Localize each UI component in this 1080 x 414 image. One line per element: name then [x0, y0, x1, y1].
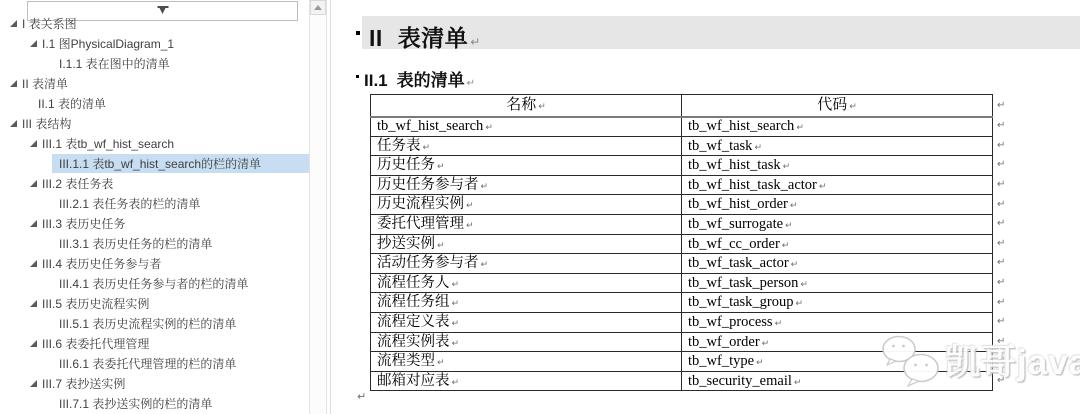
cell-text: 任务表 [377, 138, 421, 154]
table-row: 邮箱对应表↵tb_security_email↵ [371, 371, 993, 391]
expand-collapse-icon[interactable] [9, 20, 22, 28]
cell-end-mark: ↵ [437, 241, 445, 251]
nav-item[interactable]: II 表清单 [0, 74, 309, 93]
table-row: 历史任务↵tb_wf_hist_task↵ [371, 156, 993, 176]
table-code-cell[interactable]: tb_wf_hist_task↵ [682, 156, 993, 176]
nav-item-label: II.1 表的清单 [38, 95, 106, 112]
nav-item[interactable]: III.2 表任务表 [0, 174, 309, 193]
navigation-pane: I 表关系图I.1 图PhysicalDiagram_1I.1.1 表在图中的清… [0, 0, 330, 414]
paragraph-mark: ↵ [357, 390, 366, 403]
table-row: 委托代理管理↵tb_wf_surrogate↵ [371, 214, 993, 234]
column-header[interactable]: 代码↵ [682, 95, 993, 117]
nav-item-selected[interactable]: III.1.1 表tb_wf_hist_search的栏的清单 [0, 154, 309, 173]
table-code-cell[interactable]: tb_wf_hist_task_actor↵ [682, 175, 993, 195]
sidebar-scrollbar[interactable] [309, 0, 327, 414]
cell-text: 抄送实例 [377, 236, 435, 252]
cell-text: tb_wf_process [688, 314, 773, 330]
paragraph-mark: ↵ [467, 78, 475, 89]
nav-item-label: III.7.1 表抄送实例的栏的清单 [59, 395, 212, 412]
cell-text: tb_wf_task [688, 138, 752, 154]
row-end-mark: ↵ [997, 312, 1005, 332]
row-end-mark: ↵ [997, 351, 1005, 371]
cell-text: 流程任务人 [377, 275, 450, 291]
table-row: 流程任务组↵tb_wf_task_group↵ [371, 293, 993, 313]
table-code-cell[interactable]: tb_wf_task_person↵ [682, 273, 993, 293]
table-row: 流程定义表↵tb_wf_process↵ [371, 312, 993, 332]
cell-end-mark: ↵ [485, 123, 493, 133]
cell-text: tb_wf_order [688, 334, 760, 350]
column-header-label: 名称 [506, 97, 536, 113]
cell-end-mark: ↵ [794, 378, 802, 388]
row-end-mark: ↵ [997, 371, 1005, 391]
table-name-cell[interactable]: 抄送实例↵ [371, 234, 682, 254]
nav-item[interactable]: III.4 表历史任务参与者 [0, 254, 309, 273]
table-row: 抄送实例↵tb_wf_cc_order↵ [371, 234, 993, 254]
cell-text: 流程任务组 [377, 294, 450, 310]
nav-item-label: III.3.1 表历史任务的栏的清单 [59, 235, 212, 252]
expand-collapse-icon[interactable] [29, 380, 42, 388]
row-end-marks-gutter: ↵↵↵↵↵↵↵↵↵↵↵↵↵↵↵ [997, 94, 1005, 390]
table-code-cell[interactable]: tb_wf_hist_search↵ [682, 117, 993, 137]
cell-end-mark: ↵ [538, 102, 546, 112]
nav-item-label: II 表清单 [22, 75, 68, 92]
cell-end-mark: ↵ [849, 102, 857, 112]
heading1-bullet [356, 31, 360, 35]
heading1-title: 表清单 [398, 25, 469, 51]
row-end-mark: ↵ [997, 194, 1005, 214]
nav-item-label: III.1 表tb_wf_hist_search [42, 135, 174, 152]
nav-item[interactable]: II.1 表的清单 [0, 94, 309, 113]
cell-end-mark: ↵ [819, 182, 827, 192]
table-name-cell[interactable]: 委托代理管理↵ [371, 214, 682, 234]
nav-item-label: III.1.1 表tb_wf_hist_search的栏的清单 [59, 155, 261, 172]
table-section: 名称↵代码↵ tb_wf_hist_search↵tb_wf_hist_sear… [370, 94, 1005, 391]
cell-text: tb_wf_hist_task_actor [688, 177, 817, 193]
table-code-cell[interactable]: tb_wf_task_actor↵ [682, 254, 993, 274]
nav-item[interactable]: III.7.1 表抄送实例的栏的清单 [0, 394, 309, 413]
table-code-cell[interactable]: tb_wf_cc_order↵ [682, 234, 993, 254]
table-row: tb_wf_hist_search↵tb_wf_hist_search↵ [371, 117, 993, 137]
row-end-mark: ↵ [997, 116, 1005, 136]
expand-collapse-icon[interactable] [29, 40, 42, 48]
cell-end-mark: ↵ [466, 201, 474, 211]
column-header[interactable]: 名称↵ [371, 95, 682, 117]
expand-collapse-icon[interactable] [9, 80, 22, 88]
scrollbar-up-button[interactable] [310, 0, 326, 15]
cell-text: tb_wf_task_person [688, 275, 798, 291]
nav-item-label: III.6 表委托代理管理 [42, 335, 149, 352]
table-row: 流程类型↵tb_wf_type↵ [371, 352, 993, 372]
paragraph-mark: ↵ [470, 35, 481, 49]
expand-collapse-icon[interactable] [29, 180, 42, 188]
nav-item[interactable]: I.1 图PhysicalDiagram_1 [0, 34, 309, 53]
cell-text: 邮箱对应表 [377, 373, 450, 389]
cell-text: tb_wf_hist_search [377, 118, 483, 134]
cell-end-mark: ↵ [762, 339, 770, 349]
nav-item-label: III.4 表历史任务参与者 [42, 255, 161, 272]
cell-text: tb_wf_type [688, 353, 754, 369]
cell-end-mark: ↵ [796, 123, 804, 133]
table-name-cell[interactable]: 流程定义表↵ [371, 312, 682, 332]
cell-end-mark: ↵ [423, 143, 431, 153]
cell-end-mark: ↵ [452, 299, 460, 309]
table-name-cell[interactable]: 历史任务↵ [371, 156, 682, 176]
table-header-row: 名称↵代码↵ [371, 95, 993, 117]
nav-item-label: III.6.1 表委托代理管理的栏的清单 [59, 355, 236, 372]
cell-end-mark: ↵ [452, 339, 460, 349]
cell-end-mark: ↵ [481, 260, 489, 270]
nav-item-label: I 表关系图 [22, 15, 77, 32]
nav-item-label: III.7 表抄送实例 [42, 375, 125, 392]
nav-item-label: I.1 图PhysicalDiagram_1 [42, 35, 174, 52]
table-name-cell[interactable]: 流程任务组↵ [371, 293, 682, 313]
nav-item[interactable]: III.7 表抄送实例 [0, 374, 309, 393]
table-code-cell[interactable]: tb_wf_task↵ [682, 136, 993, 156]
nav-item[interactable]: III.4.1 表历史任务参与者的栏的清单 [0, 274, 309, 293]
cell-end-mark: ↵ [437, 162, 445, 172]
row-end-mark: ↵ [997, 94, 1005, 116]
nav-tree: I 表关系图I.1 图PhysicalDiagram_1I.1.1 表在图中的清… [0, 0, 309, 414]
nav-item[interactable]: III.6.1 表委托代理管理的栏的清单 [0, 354, 309, 373]
table-code-cell[interactable]: tb_wf_task_group↵ [682, 293, 993, 313]
row-end-mark: ↵ [997, 214, 1005, 234]
expand-collapse-icon[interactable] [29, 300, 42, 308]
nav-item-label: III.5 表历史流程实例 [42, 295, 149, 312]
cell-text: tb_security_email [688, 373, 792, 389]
cell-text: tb_wf_cc_order [688, 236, 780, 252]
cell-text: 流程实例表 [377, 334, 450, 350]
nav-item[interactable]: III.5 表历史流程实例 [0, 294, 309, 313]
nav-item-label: III.2.1 表任务表的栏的清单 [59, 195, 200, 212]
cell-end-mark: ↵ [790, 201, 798, 211]
table-body: tb_wf_hist_search↵tb_wf_hist_search↵任务表↵… [371, 117, 993, 391]
cell-end-mark: ↵ [800, 280, 808, 290]
table-code-cell[interactable]: tb_wf_surrogate↵ [682, 214, 993, 234]
nav-item[interactable]: III.5.1 表历史流程实例的栏的清单 [0, 314, 309, 333]
nav-item[interactable]: I.1.1 表在图中的清单 [0, 54, 309, 73]
nav-item[interactable]: III.6 表委托代理管理 [0, 334, 309, 353]
row-end-mark: ↵ [997, 292, 1005, 312]
cell-text: 历史任务参与者 [377, 177, 479, 193]
row-end-mark: ↵ [997, 175, 1005, 195]
cell-text: tb_wf_surrogate [688, 216, 783, 232]
cell-end-mark: ↵ [754, 143, 762, 153]
row-end-mark: ↵ [997, 332, 1005, 352]
table-code-cell[interactable]: tb_wf_hist_order↵ [682, 195, 993, 215]
table-name-cell[interactable]: 任务表↵ [371, 136, 682, 156]
row-end-mark: ↵ [997, 155, 1005, 175]
cell-text: 历史流程实例 [377, 196, 464, 212]
nav-item-label: III.3 表历史任务 [42, 215, 125, 232]
table-name-cell[interactable]: 流程任务人↵ [371, 273, 682, 293]
cell-end-mark: ↵ [775, 319, 783, 329]
cell-end-mark: ↵ [796, 299, 804, 309]
heading2-bullet [356, 75, 359, 78]
cell-end-mark: ↵ [756, 358, 764, 368]
cell-end-mark: ↵ [452, 378, 460, 388]
table-row: 历史任务参与者↵tb_wf_hist_task_actor↵ [371, 175, 993, 195]
cell-text: 历史任务 [377, 157, 435, 173]
table-row: 活动任务参与者↵tb_wf_task_actor↵ [371, 254, 993, 274]
table-header: 名称↵代码↵ [371, 95, 993, 117]
cell-text: 流程定义表 [377, 314, 450, 330]
table-name-cell[interactable]: 邮箱对应表↵ [371, 371, 682, 391]
cell-end-mark: ↵ [785, 221, 793, 231]
column-header-label: 代码 [817, 97, 847, 113]
cell-end-mark: ↵ [466, 221, 474, 231]
nav-item-label: III 表结构 [22, 115, 71, 132]
table-code-cell[interactable]: tb_wf_type↵ [682, 352, 993, 372]
nav-item[interactable]: I 表关系图 [0, 14, 309, 33]
nav-item-label: III.2 表任务表 [42, 175, 113, 192]
expand-collapse-icon[interactable] [29, 260, 42, 268]
tables-list-table[interactable]: 名称↵代码↵ tb_wf_hist_search↵tb_wf_hist_sear… [370, 94, 993, 391]
cell-end-mark: ↵ [452, 280, 460, 290]
nav-item-label: III.4.1 表历史任务参与者的栏的清单 [59, 275, 248, 292]
cell-end-mark: ↵ [782, 241, 790, 251]
row-end-mark: ↵ [997, 234, 1005, 254]
cell-end-mark: ↵ [791, 260, 799, 270]
nav-item-label: III.5.1 表历史流程实例的栏的清单 [59, 315, 236, 332]
expand-collapse-icon[interactable] [29, 220, 42, 228]
cell-end-mark: ↵ [437, 358, 445, 368]
table-row: 历史流程实例↵tb_wf_hist_order↵ [371, 195, 993, 215]
up-arrow-icon [314, 5, 322, 10]
table-name-cell[interactable]: 历史任务参与者↵ [371, 175, 682, 195]
document-page: II表清单↵ II.1表的清单↵ 名称↵代码↵ tb_wf_hist_searc… [331, 0, 1080, 414]
table-code-cell[interactable]: tb_wf_order↵ [682, 332, 993, 352]
table-name-cell[interactable]: tb_wf_hist_search↵ [371, 117, 682, 137]
nav-item-label: I.1.1 表在图中的清单 [59, 55, 170, 72]
table-name-cell[interactable]: 活动任务参与者↵ [371, 254, 682, 274]
nav-item[interactable]: III 表结构 [0, 114, 309, 133]
table-row: 流程任务人↵tb_wf_task_person↵ [371, 273, 993, 293]
heading1[interactable]: II表清单↵ [369, 20, 481, 53]
nav-item[interactable]: III.3 表历史任务 [0, 214, 309, 233]
table-code-cell[interactable]: tb_wf_process↵ [682, 312, 993, 332]
table-name-cell[interactable]: 历史流程实例↵ [371, 195, 682, 215]
cell-text: tb_wf_hist_search [688, 118, 794, 134]
row-end-mark: ↵ [997, 136, 1005, 156]
expand-collapse-icon[interactable] [9, 120, 22, 128]
nav-item[interactable]: III.3.1 表历史任务的栏的清单 [0, 234, 309, 253]
cell-text: tb_wf_hist_order [688, 196, 788, 212]
row-end-mark: ↵ [997, 273, 1005, 293]
row-end-mark: ↵ [997, 253, 1005, 273]
cell-end-mark: ↵ [452, 319, 460, 329]
cell-text: tb_wf_hist_task [688, 157, 781, 173]
table-name-cell[interactable]: 流程类型↵ [371, 352, 682, 372]
heading2-number: II.1 [364, 71, 388, 90]
cell-text: 流程类型 [377, 353, 435, 369]
table-name-cell[interactable]: 流程实例表↵ [371, 332, 682, 352]
table-row: 流程实例表↵tb_wf_order↵ [371, 332, 993, 352]
cell-end-mark: ↵ [783, 162, 791, 172]
nav-item[interactable]: III.2.1 表任务表的栏的清单 [0, 194, 309, 213]
heading2[interactable]: II.1表的清单↵ [364, 66, 475, 91]
cell-text: 委托代理管理 [377, 216, 464, 232]
cell-end-mark: ↵ [481, 182, 489, 192]
cell-text: tb_wf_task_group [688, 294, 794, 310]
heading2-title: 表的清单 [397, 71, 465, 90]
table-code-cell[interactable]: tb_security_email↵ [682, 371, 993, 391]
cell-text: 活动任务参与者 [377, 255, 479, 271]
expand-collapse-icon[interactable] [29, 340, 42, 348]
table-row: 任务表↵tb_wf_task↵ [371, 136, 993, 156]
nav-item[interactable]: III.1 表tb_wf_hist_search [0, 134, 309, 153]
heading1-number: II [369, 25, 383, 51]
expand-collapse-icon[interactable] [29, 140, 42, 148]
cell-text: tb_wf_task_actor [688, 255, 789, 271]
